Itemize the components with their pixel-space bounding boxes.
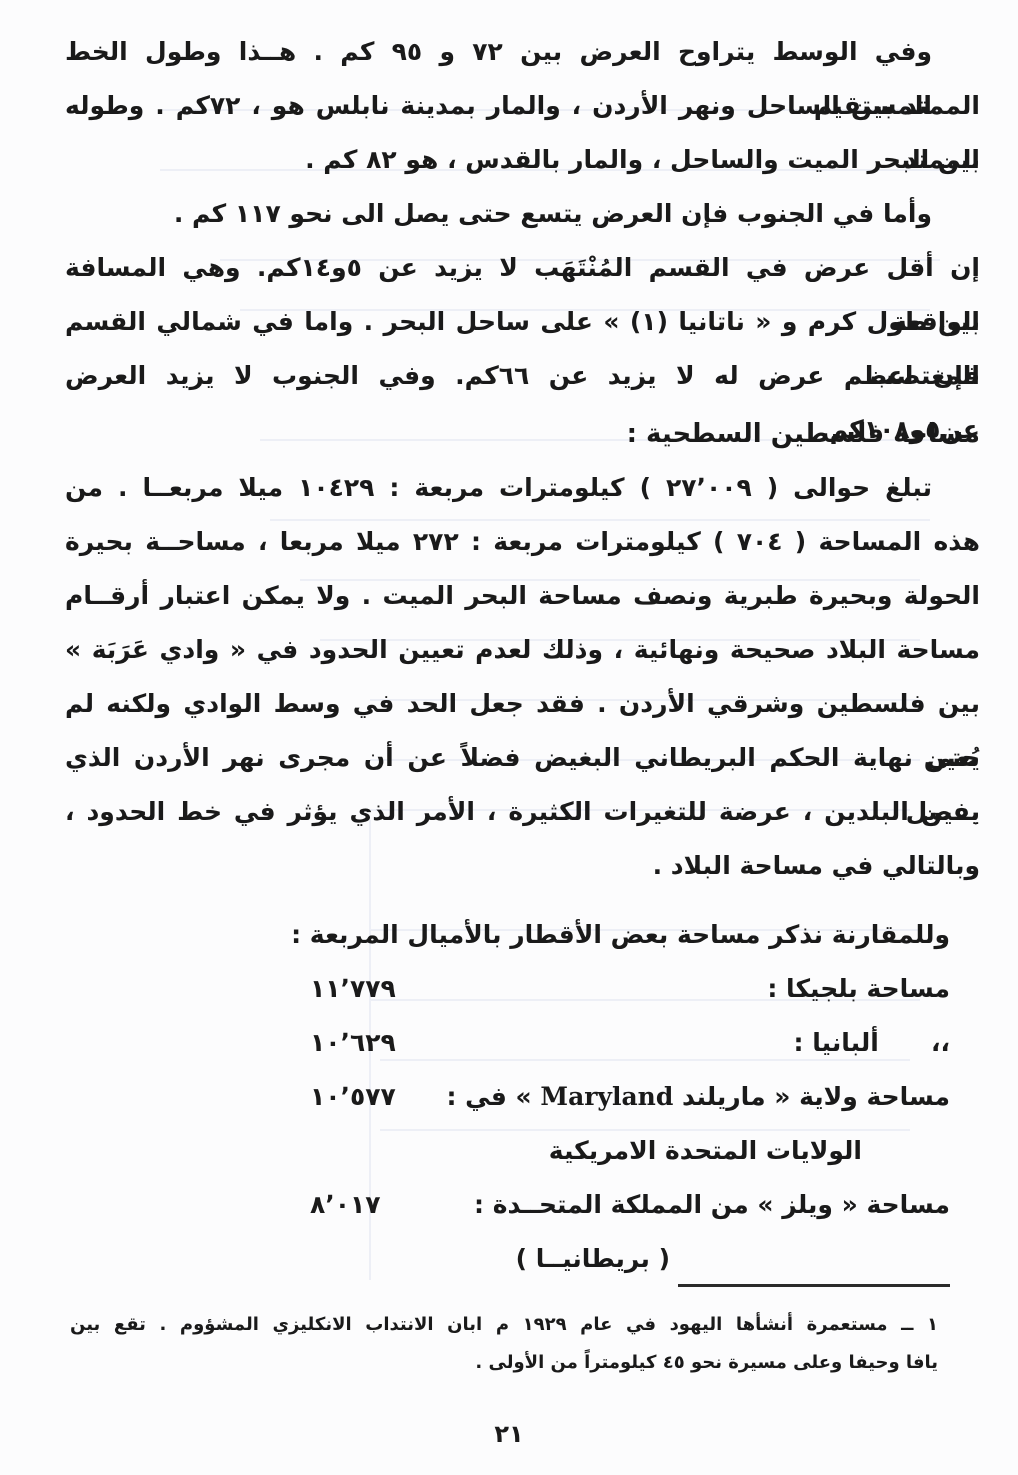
latin-name: Maryland (540, 1082, 673, 1111)
country-label: مساحة « ويلز » من المملكة المتحــدة : (474, 1178, 950, 1232)
comparison-continuation: ( بريطانيــا ) (310, 1232, 950, 1286)
book-page: وفي الوسط يتراوح العرض بين ٧٢ و ٩٥ كم . … (0, 0, 1018, 1475)
main-text-block: وفي الوسط يتراوح العرض بين ٧٢ و ٩٥ كم . … (65, 25, 980, 893)
text-line: هذه المساحة ( ٧٠٤ ) كيلومترات مربعة : ٢٧… (65, 515, 980, 569)
section-heading: مساحة فلسطين السطحية : (65, 407, 980, 461)
comparison-continuation: الولايات المتحدة الامريكية (310, 1124, 950, 1178)
page-number: ٢١ (0, 1420, 1018, 1448)
area-value: ١٠٬٥٧٧ (310, 1070, 396, 1124)
comparison-row-maryland: مساحة ولاية « ماريلند Maryland » في : ١٠… (310, 1070, 950, 1124)
text-line: الممتد بين الساحل ونهر الأردن ، والمار ب… (65, 79, 980, 133)
area-value: ١٠٬٦٢٩ (310, 1016, 396, 1070)
text-line: حتى نهاية الحكم البريطاني البغيض فضلاً ع… (65, 731, 980, 785)
text-line: بين طول كرم و « ناتانيا (١) » على ساحل ا… (65, 295, 980, 349)
comparison-intro: وللمقارنة نذكر مساحة بعض الأقطار بالأميا… (310, 908, 950, 962)
text-line: تبلغ حوالى ( ٢٧٬٠٠٩ ) كيلومترات مربعة : … (65, 461, 980, 515)
area-value: ٨٬٠١٧ (310, 1178, 381, 1232)
text-line: بين البحر الميت والساحل ، والمار بالقدس … (65, 133, 980, 187)
text-line: وفي الوسط يتراوح العرض بين ٧٢ و ٩٥ كم . … (65, 25, 980, 79)
comparison-row-wales: مساحة « ويلز » من المملكة المتحــدة : ٨٬… (310, 1178, 950, 1232)
text-line: مساحة البلاد صحيحة ونهائية ، وذلك لعدم ت… (65, 623, 980, 677)
footnote-line: ١ ــ مستعمرة أنشأها اليهود في عام ١٩٢٩ م… (70, 1306, 938, 1344)
label-start: مساحة ولاية « ماريلند (682, 1082, 950, 1111)
comparison-row-belgium: مساحة بلجيكا : ١١٬٧٧٩ (310, 962, 950, 1016)
text-line: بين فلسطين وشرقي الأردن . فقد جعل الحد ف… (65, 677, 980, 731)
country-label: مساحة بلجيكا : (767, 962, 950, 1016)
text-line: وبالتالي في مساحة البلاد . (65, 839, 980, 893)
text-line: الحولة وبحيرة طبرية ونصف مساحة البحر الم… (65, 569, 980, 623)
comparison-row-albania: ،، ألبانيا : ١٠٬٦٢٩ (310, 1016, 950, 1070)
label-end: » في : (446, 1082, 531, 1111)
country-label: مساحة ولاية « ماريلند Maryland » في : (446, 1070, 950, 1124)
footnote-divider (678, 1284, 950, 1287)
text-line: وأما في الجنوب فإن العرض يتسع حتى يصل ال… (65, 187, 980, 241)
country-label: ،، ألبانيا : (794, 1016, 950, 1070)
footnote-line: يافا وحيفا وعلى مسيرة نحو ٤٥ كيلومتراً م… (70, 1344, 938, 1382)
comparison-list: وللمقارنة نذكر مساحة بعض الأقطار بالأميا… (310, 908, 950, 1286)
text-line: إن أقل عرض في القسم المُنْتَهَب لا يزيد … (65, 241, 980, 295)
area-value: ١١٬٧٧٩ (310, 962, 396, 1016)
text-line: بــين البلدين ، عرضة للتغيرات الكثيرة ، … (65, 785, 980, 839)
text-line: فإن اعظم عرض له لا يزيد عن ٦٦كم. وفي الج… (65, 349, 980, 403)
footnote: ١ ــ مستعمرة أنشأها اليهود في عام ١٩٢٩ م… (70, 1306, 938, 1382)
